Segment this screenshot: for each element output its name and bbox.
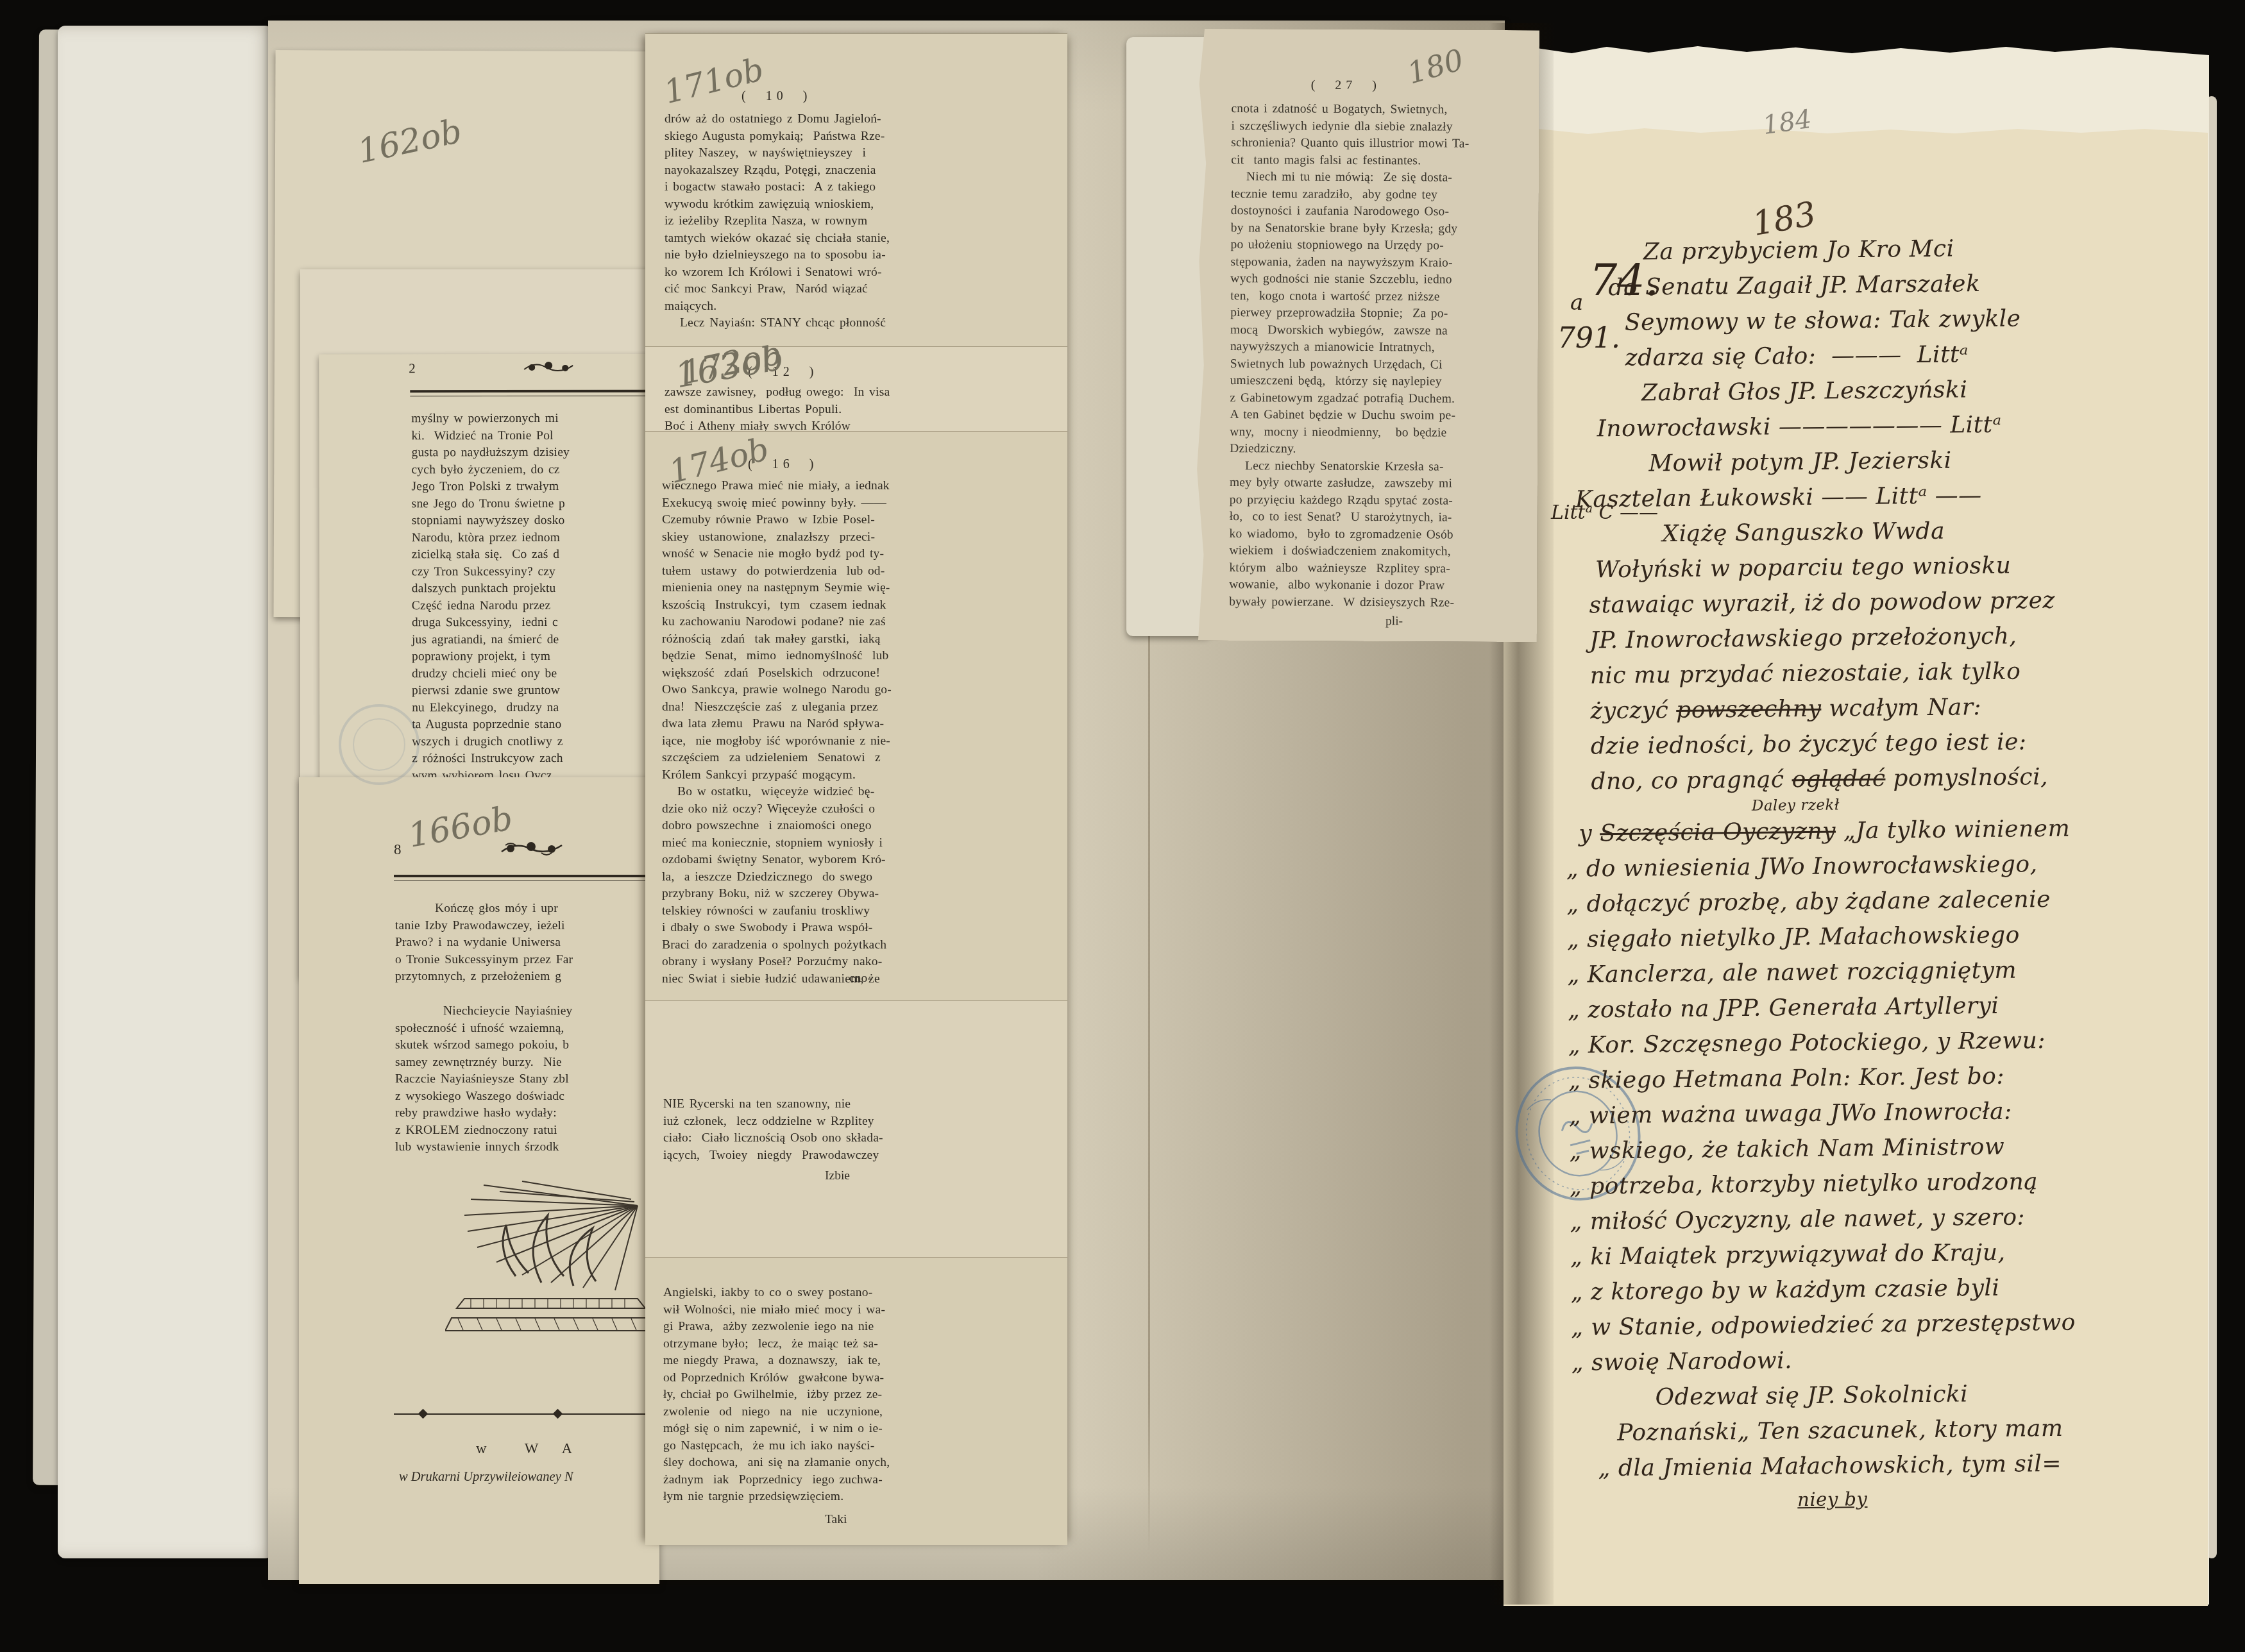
printed-line: wiekiem i doświadczeniem znakomitych, [1229, 543, 1467, 560]
printed-line: będzie Senat, mimo iednomyślność lub [662, 648, 892, 665]
printed-line: ten, kogo cnota i wartość przez niższe [1230, 288, 1468, 306]
printed-line: wszych i drugich cnotliwy z [412, 733, 570, 750]
printed-line: po ułożeniu stopniowego na Urzędy po- [1231, 237, 1469, 255]
sunburst-vignette [445, 1180, 657, 1353]
printed-line: z różności Instrukcyow zach [412, 750, 570, 768]
printed-line: tułem ustawy do potwierdzenia lub od- [662, 563, 892, 580]
printed-line: z Gabinetowym zgadzać potrafią Duchem. [1230, 390, 1468, 408]
printed-line: druga Sukcessyiny, iedni c [412, 614, 570, 632]
handwriting-segment: y [1579, 820, 1600, 847]
printed-line: ło, co to iest Senat? U starożytnych, ia… [1230, 509, 1468, 527]
printed-line: większość zdań Poselskich odrzucone! [662, 665, 892, 682]
marginal-note-791: 791. [1557, 322, 1620, 355]
underlying-blank-page [58, 26, 273, 1558]
clipping-page-16: 174ob ( 16 ) wiecznego Prawa mieć nie mi… [645, 431, 1067, 1001]
printed-line: mocą Dworskich wybiegów, zawsze na [1230, 322, 1468, 340]
handwriting-segment: oglądać [1792, 766, 1885, 793]
printed-line: nu Elekcyinego, drudzy na [412, 699, 570, 716]
handwriting-segment: życzyć [1590, 697, 1676, 724]
printed-line: cit tanto magis falsi ac festinantes. [1231, 152, 1469, 170]
printed-line: mieć ma koniecznie, stopniem wyniosły i [662, 835, 892, 852]
pasted-strip-column: 171ob ( 10 ) drów aż do ostatniego z Dom… [645, 33, 1067, 1544]
printed-line: plitey Naszey, w nayświętnieyszey i [665, 145, 890, 162]
printed-line: samey zewnętrznéy burzy. Nie [395, 1054, 572, 1072]
catchword: Izbie [825, 1169, 850, 1183]
printed-line: NIE Rycerski na ten szanowny, nie [663, 1096, 883, 1113]
printed-line: cych było życzeniem, do cz [411, 461, 570, 478]
printed-paragraph: myślny w powierzonych miki. Widzieć na T… [411, 410, 570, 784]
handwriting-segment: powszechny [1676, 696, 1822, 723]
printed-line: la, a ieszcze Dziedzicznego do swego [662, 869, 892, 886]
page-number-8: 8 [394, 841, 402, 858]
printed-line: społeczność i ufność wzaiemną, [395, 1020, 572, 1038]
handwriting-segment: „Ja tylko winienem [1836, 816, 2071, 845]
printed-line: Owo Sankcya, prawie wolnego Narodu go- [662, 682, 892, 699]
marginal-note-litta-c: Littᵃ C —— [1551, 501, 1658, 524]
page-number-2: 2 [409, 360, 416, 376]
printer-flourish-icon [523, 359, 574, 376]
printed-line: reby prawdziwe hasło wydały: [395, 1105, 572, 1122]
printed-line: est dominantibus Libertas Populi. [665, 401, 890, 419]
printed-line: dna! Nieszczęście zaś z ulegania przez [662, 699, 892, 716]
marginal-note-a: a [1570, 290, 1583, 316]
printed-line: ciało: Ciało licznością Osob ono składa- [663, 1130, 883, 1147]
blank-strip-with-fragment: NIE Rycerski na ten szanowny, nieiuż czł… [645, 1000, 1067, 1258]
printed-line: ki. Widzieć na Tronie Pol [411, 427, 570, 444]
printed-line: żadnym iak Poprzednicy iego zuchwa- [663, 1472, 890, 1489]
printed-line: iz ieżeliby Rzeplita Nasza, w rownym [665, 213, 890, 230]
printed-line: pierwsi zdanie swe gruntow [412, 682, 570, 700]
printed-line: dzie oko niż oczy? Więceyże czułości o [662, 801, 892, 818]
printed-line: mienienia oney na następnym Seymie wię- [662, 580, 892, 597]
printed-line: drudzy chcieli mieć ony be [412, 665, 570, 682]
printed-paragraph: Kończę głos móy i uprtanie Izby Prawodaw… [395, 900, 573, 986]
printed-line: telskiey równości w zaufaniu troskliwy [662, 903, 892, 920]
printed-line: kszością Instrukcyi, tym czasem iednak [662, 597, 892, 614]
printed-line: wił Wolności, nie miało mieć mocy i wa- [663, 1302, 890, 1319]
printed-line: naywyższych a mianowicie Intratnych, [1230, 339, 1468, 357]
printed-line: gusta po naydłuższym dzisiey [411, 444, 570, 462]
catchword: cno- [849, 972, 872, 986]
printed-line: schronienia? Quanto quis illustrior mowi… [1231, 135, 1469, 153]
printed-line: o Tronie Sukcessyinym przez Far [395, 952, 573, 969]
printed-line: śley dochowa, ani się na złamanie onych, [663, 1454, 890, 1472]
printed-line: mey były otwarte zasłudze, zawszeby mi [1230, 475, 1468, 493]
printed-paragraph: Niechcieycie Nayiaśnieyspołeczność i ufn… [395, 1003, 572, 1156]
fleuron-icon [499, 839, 563, 858]
printed-line: skiey ustanowione, znalazłszy przeci- [662, 529, 892, 546]
ornament-rule [394, 875, 650, 881]
handwriting-segment: dno, co pragnąć [1591, 766, 1792, 795]
printed-line: nayokazalszey Rządu, Potęgi, znaczenia [665, 162, 890, 180]
printed-paragraph: wiecznego Prawa mieć nie miały, a iednak… [662, 478, 892, 988]
printed-paragraph: drów aż do ostatniego z Domu Jagieloń-sk… [665, 111, 890, 332]
printed-line: bywały powierzane. W dzisieyszych Rze- [1229, 594, 1467, 612]
printed-line: Kończę głos móy i upr [395, 900, 573, 918]
pencil-folio-180: 180 [1403, 42, 1467, 91]
printed-line: Niechcieycie Nayiaśniey [395, 1003, 572, 1020]
printed-line: mógł się o nim zapewnić, i w nim o ie- [663, 1420, 890, 1438]
handwriting-segment: wcałym Nar: [1821, 694, 1981, 722]
printed-line: gi Prawa, ażby zezwolenie iego na nie [663, 1319, 890, 1336]
printed-line: wowanie, albo wykonanie i dozor Praw [1229, 577, 1467, 594]
printed-line: i dbały o swe Swobody i Prawa współ- [662, 920, 892, 937]
printed-line: sne Jego do Tronu świetne p [412, 495, 570, 512]
printed-line: przytomnych, z przełożeniem g [395, 968, 573, 986]
printed-line: po przyięciu każdego Rządu spytać zosta- [1230, 492, 1468, 510]
printed-line: cnota i zdatność u Bogatych, Swietnych, [1231, 101, 1469, 119]
clipping-angielski: Angielski, iakby to co o swey postano-wi… [645, 1257, 1067, 1545]
printed-line: Lecz Nayiaśn: STANY chcąc płonność [665, 315, 890, 332]
handwriting-segment: pomyslności, [1885, 764, 2048, 792]
printed-line: którym albo ważnieysze Rzplitey spra- [1229, 560, 1467, 578]
printed-line: wych godności nie stanie Szczeblu, iedno [1230, 271, 1468, 289]
handwriting-segment: Szczęścia Oyczyzny [1600, 818, 1836, 847]
stamp-bleedthrough [339, 704, 419, 785]
pencil-folio-162ob: 162ob [355, 112, 466, 171]
printed-line: A ten Gabinet będzie w Duchu swoim pe- [1230, 407, 1468, 425]
printed-line: Exekucyą swoię mieć powinny były. —— [662, 495, 892, 512]
archival-scan: 162ob Spicimiński ————————————Inowłodzki… [0, 0, 2245, 1652]
printed-line: czy Tron Sukcessyiny? czy [412, 563, 570, 580]
printed-line: maiących. [665, 298, 890, 316]
printed-line: cić moc Sankcyi Praw, Naród wiązać [665, 281, 890, 298]
printed-line: stopniami naywyższey dosko [412, 512, 570, 530]
imprint-city: w W A [476, 1440, 582, 1457]
printed-line: ta Augusta poprzednie stano [412, 716, 570, 734]
handwritten-protocol: Za przybyciem Jo Kro Mcido Senatu Zagaił… [1534, 229, 2196, 1517]
printed-line: ku zachowaniu Narodowi podane? nie zaś [662, 614, 892, 631]
printed-line: otrzymane było; lecz, że maiąc też sa- [663, 1336, 890, 1353]
printed-line: Niech mi tu nie mówią: Ze się dosta- [1231, 169, 1469, 187]
printed-line: Swietnych lub poważnych Urzędach, Ci [1230, 356, 1468, 374]
printed-line: i szczęśliwych iedynie dla siebie znalaz… [1231, 118, 1469, 136]
marginal-note-74: 74. [1589, 255, 1659, 306]
printed-line: ko wzorem Ich Królowi i Senatowi wró- [665, 264, 890, 282]
printed-paragraph: cnota i zdatność u Bogatych, Swietnych,i… [1229, 101, 1470, 612]
printed-line: różnością zdań tak małey garstki, iaką [662, 631, 892, 648]
clipping-27-under-edge [1126, 37, 1211, 636]
imprint-line: w Drukarni Uprzywileiowaney N [399, 1470, 573, 1485]
printed-line: łym nie targnie przedsięwzięciem. [663, 1488, 890, 1506]
printed-line: Lecz niechby Senatorskie Krzesła sa- [1230, 458, 1468, 476]
printed-line: iące, nie mogłoby iść wporównanie z nie- [662, 733, 892, 750]
printed-line: Jego Tron Polski z trwałym [412, 478, 570, 496]
printed-line: Boć i Atheny miały swych Królów [665, 418, 890, 432]
printed-paragraph: Angielski, iakby to co o swey postano-wi… [663, 1285, 890, 1506]
printed-line: ły, chciał po Gwilhelmie, iżby przez ze- [663, 1386, 890, 1404]
printed-line: by na Senatorskie brane były Krzesła; gd… [1231, 220, 1469, 238]
printed-line: od Poprzednich Królów gwałcone bywa- [663, 1370, 890, 1387]
printed-line: wywodu krótkim zawięzuią wnioskiem, [665, 196, 890, 214]
printed-line: Bo w ostatku, więceyże widzieć bę- [662, 784, 892, 801]
printed-line: iuż członek, lecz oddzielne w Rzplitey [663, 1113, 883, 1131]
printed-line: dwa lata złemu Prawu na Naród spływa- [662, 716, 892, 733]
printed-line: z KROLEM ziednoczony ratui [395, 1122, 572, 1140]
header-page-27: ( 27 ) [1311, 78, 1381, 93]
clipping-page-10: 171ob ( 10 ) drów aż do ostatniego z Dom… [645, 33, 1067, 347]
printed-line: Czemuby równie Prawo w Izbie Posel- [662, 512, 892, 529]
printed-line: zwolenie od niego na nie uczynione, [663, 1404, 890, 1421]
printed-line: jus agratiandi, na śmierć de [412, 631, 570, 648]
printed-line: dostoyności i zaufania Narodowego Oso- [1231, 203, 1469, 221]
printed-line: ozdobami świętny Senator, wyborem Kró- [662, 852, 892, 869]
printed-line: me niegdy Prawa, a doznawszy, iak te, [663, 1353, 890, 1370]
printed-line: szczęściem za udzieleniem Senatowi z [662, 750, 892, 767]
catchword: Taki [825, 1513, 847, 1527]
printed-line: Prawo? i na wydanie Uniwersa [395, 934, 573, 952]
printed-line: skutek wśrzod samego pokoiu, b [395, 1037, 572, 1054]
printed-line: przybrany Boku, niż w szczerey Obywa- [662, 886, 892, 903]
printed-line: Narodu, ktòra przez iednom [412, 529, 570, 546]
printed-line: dalszych punktach projektu [412, 580, 570, 598]
printed-line: z wysokiego Waszego doświadc [395, 1088, 572, 1106]
printed-line: tecznie temu zaradziło, aby godne tey [1231, 186, 1469, 204]
printed-line: umieszczeni będą, którzy się naylepiey [1230, 373, 1468, 391]
printed-fragment: NIE Rycerski na ten szanowny, nieiuż czł… [663, 1096, 883, 1164]
printed-line: drów aż do ostatniego z Domu Jagieloń- [665, 111, 890, 128]
printed-line: zicielką stała się. Co zaś d [412, 546, 570, 564]
printed-line: dobro powszechne i znaiomości onego [662, 818, 892, 835]
printed-line: Raczcie Nayiaśnieysze Stany zbl [395, 1071, 572, 1088]
printed-line: wny, mocny i nieodmienny, bo będzie [1230, 424, 1468, 442]
printed-line: stępowania, żaden na naywyższym Kraio- [1230, 254, 1468, 272]
printed-line: wność w Senacie nie mogło bydź pod ty- [662, 546, 892, 563]
printed-line: poprawiony projekt, i tym [412, 648, 570, 666]
pasted-clipping-166: 166ob 8 Kończę głos móy i uprtanie Izby … [299, 777, 659, 1584]
printed-line: ko wiadomo, było to zgromadzenie Osób [1230, 526, 1468, 544]
printed-line: obrany i wysłany Poseł? Porzućmy nako- [662, 954, 892, 971]
imprint-ornament-rule [394, 1413, 650, 1416]
catchword: pli- [1385, 614, 1403, 628]
printed-line: go Następcach, że mu ich iako nayści- [663, 1438, 890, 1455]
printed-line: nie było dzielnieyszego na to sposobu ia… [665, 247, 890, 264]
printed-line: myślny w powierzonych mi [411, 410, 570, 428]
header-page-10: ( 10 ) [741, 89, 811, 104]
printed-line: iących, Twoiey niegdy Prawodawczey [663, 1147, 883, 1165]
clipping-page-27: 180 ( 27 ) cnota i zdatność u Bogatych, … [1193, 29, 1539, 642]
printed-line: Angielski, iakby to co o swey postano- [663, 1285, 890, 1302]
printed-line: pierwey przeprowadziła Stopnie; Za po- [1230, 305, 1468, 323]
printed-line: Dziedziczny. [1230, 441, 1468, 459]
printed-line: Część iedna Narodu przez [412, 597, 570, 614]
printed-line: tamtych wieków okazać się chciała stanie… [665, 230, 890, 248]
printed-line: skiego Augusta pomykaią; Państwa Rze- [665, 128, 890, 146]
printed-line: i bogactw stawało postaci: A z takiego [665, 179, 890, 196]
printed-line: tanie Izby Prawodawczey, ieżeli [395, 918, 573, 935]
printed-line: lub wystawienie innych śrzodk [395, 1139, 572, 1156]
printed-line: Królem Sankcyi przypaść mogącym. [662, 767, 892, 784]
printed-line: Braci do zaradzenia o spolnych pożytkach [662, 937, 892, 954]
